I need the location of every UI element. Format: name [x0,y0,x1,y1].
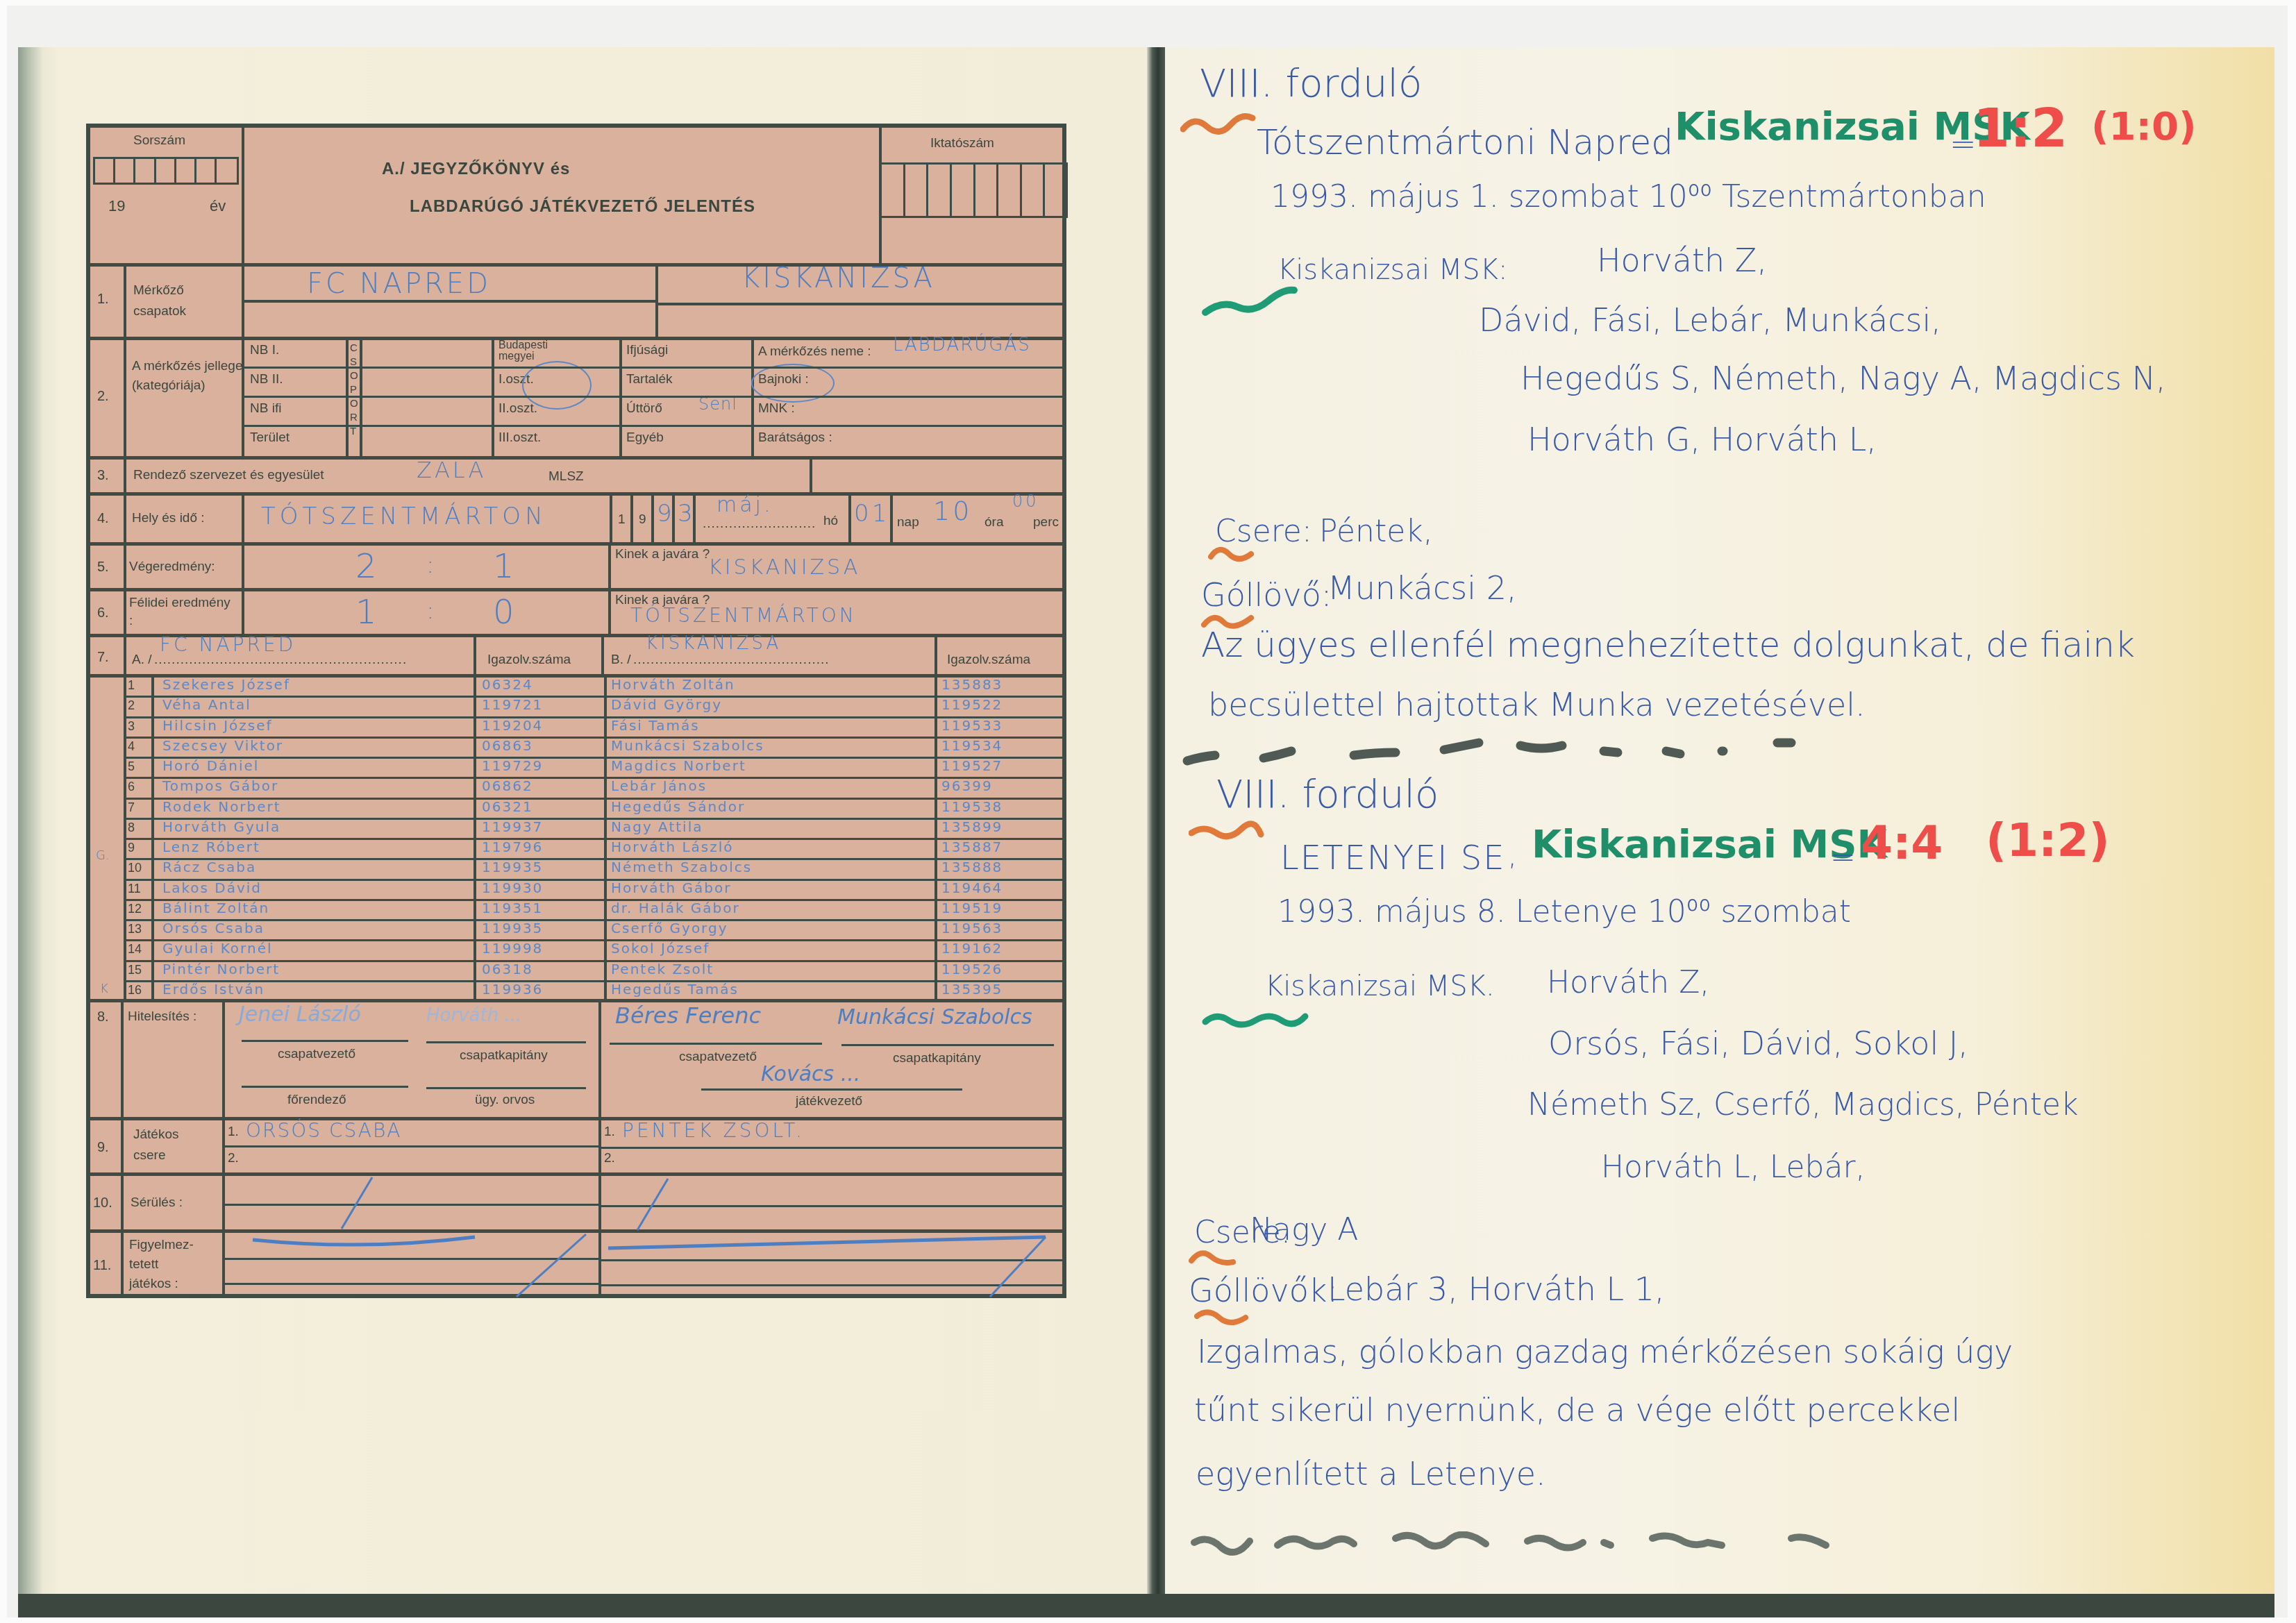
table-row: 6Tompos Gábor06862Lebár János96399 [124,779,1062,799]
year-digit: 3 [678,500,696,528]
match-kind-handwritten: LABDARÚGÁS [893,335,1031,355]
player-b-id: 119162 [941,940,1003,957]
row-number: 8 [128,821,135,835]
side-mark: G. [96,848,110,863]
player-b-name: Dávid György [611,696,722,713]
role-label: csapatvezető [679,1050,757,1065]
role-label: csapatvezető [278,1047,355,1062]
section-number: 5. [97,560,109,575]
role-label: játékvezető [796,1094,862,1109]
match-report-form: Sorszám 19 év A./ JEGYZŐKÖNYV és LABDARÚ… [86,124,1066,1298]
orange-underline [1208,541,1257,562]
player-b-id: 119534 [941,737,1003,754]
player-a-id: 119721 [482,696,543,713]
book-spine [1147,47,1165,1602]
signature: Béres Ferenc [615,1002,761,1029]
player-b-name: Horváth László [611,839,734,855]
table-row: 14Gyulai Kornél119998Sokol József119162 [124,941,1062,961]
player-a-id: 119936 [482,981,543,998]
player-a-id: 119937 [482,818,543,835]
section-injury: 10. Sérülés : [90,1176,1062,1233]
row-number: 15 [128,963,142,977]
signature: Jenei László [239,1002,361,1027]
match-kind-label: A mérkőzés neme : [758,344,871,360]
subs-value: Péntek, [1319,514,1433,549]
role-label: főrendező [287,1093,346,1108]
player-a-id: 119935 [482,920,543,936]
player-a-name: Szekeres József [162,676,290,693]
round-heading: VIII. forduló [1200,61,1422,106]
minute-handwritten: 00 [1012,491,1039,511]
row-label: 1. [604,1125,615,1140]
year-prefix: 19 [108,197,125,215]
player-a-id: 119729 [482,757,543,774]
registry-cell: Iktatószám [879,128,1068,263]
year-digit: 1 [618,512,626,528]
player-a-name: Pintér Norbert [162,961,280,977]
player-b-name: Nagy Attila [611,818,703,835]
lineup-line: Horváth Z, [1597,242,1767,279]
section-organizer: 3. Rendező szervezet és egyesület ZALA M… [90,460,1062,496]
section-number: 6. [97,605,109,621]
place-handwritten: TÓTSZENTMÁRTON [261,503,547,530]
mnk-label: MNK : [758,401,795,417]
teams-label: Mérkőző csapatok [133,280,203,322]
serial-number-cell: Sorszám 19 év [90,128,244,263]
month-handwritten: máj. [717,493,773,517]
id-label-a: Igazolv.száma [487,653,571,668]
player-a-name: Véha Antal [162,696,251,713]
table-row: 5Horó Dániel119729Magdics Norbert119527 [124,759,1062,779]
section-number: 11. [93,1258,111,1274]
final-score-b: 1 [493,547,517,586]
green-underline [1201,1008,1312,1036]
player-b-id: 96399 [941,777,993,794]
orange-underline [1194,1305,1250,1329]
type-uttoro: Úttörő [626,401,662,417]
player-b-name: Horváth Zoltán [611,676,735,693]
form-title-line2: LABDARÚGÓ JÁTÉKVEZETŐ JELENTÉS [410,197,755,217]
table-row: 1Szekeres József06324Horváth Zoltán13588… [124,678,1062,698]
home-team: Tótszentmártoni Napred [1257,122,1673,162]
player-b-name: Fási Tamás [611,717,700,734]
year-digit: 9 [657,500,675,528]
year-digit: 9 [639,512,646,528]
strike-line [225,1233,600,1298]
halftime-label: Félidei eredmény : [129,594,233,630]
form-title-line1: A./ JEGYZŐKÖNYV és [382,160,570,179]
table-row: 2Véha Antal119721Dávid György119522 [124,698,1062,718]
comment-line: Az ügyes ellenfél megnehezítette dolgunk… [1201,625,2135,665]
team-b-label: B. / [611,653,631,668]
section-number: 3. [97,468,109,484]
match-date-line: 1993. május 1. szombat 10⁰⁰ Tszentmárton… [1271,179,1986,215]
registry-boxes [882,162,1068,218]
separator-dashes [1173,736,2256,771]
month-label: hó [823,514,838,529]
lineup-line: Orsós, Fási, Dávid, Sokol J, [1548,1025,1968,1062]
type-egyeb: Egyéb [626,430,664,446]
player-a-name: Erdős István [162,981,265,998]
row-number: 7 [128,800,135,815]
comment-line: Izgalmas, gólokban gazdag mérkőzésen sok… [1197,1333,2013,1370]
halftime-score-b: 0 [493,593,517,632]
player-b-name: Németh Szabolcs [611,859,752,875]
role-label: csapatkapitány [893,1051,981,1066]
division-3: III.oszt. [498,430,541,446]
lineup-label: Kiskanizsai MSK: [1277,254,1507,286]
lineup-line: Hegedűs S, Németh, Nagy A, Magdics N, [1520,360,2166,397]
team-b-list-handwritten: KISKANIZSA [646,633,781,654]
section-number: 1. [97,292,109,308]
category-label: A mérkőzés jellege (kategóriája) [132,357,243,396]
orange-underline [1189,1244,1237,1268]
referee-signature: Kovács ... [761,1062,860,1086]
section-warned-players: 11. Figyelmez-tetett játékos : [90,1233,1062,1298]
row-number: 14 [128,942,142,957]
player-a-id: 06862 [482,777,533,794]
table-row: 4Szecsey Viktor06863Munkácsi Szabolcs119… [124,739,1062,759]
player-b-name: Pentek Zsolt [611,961,714,977]
table-row: 9Lenz Róbert119796Horváth László135887 [124,840,1062,860]
section-category: 2. A mérkőzés jellege (kategóriája) NB I… [90,340,1062,460]
final-score: 1:2 [1973,97,2068,159]
id-label-b: Igazolv.száma [947,653,1030,668]
section-final-score: 5. Végeredmény: 2 : 1 Kinek a javára ? K… [90,546,1062,591]
section-number: 10. [93,1195,112,1211]
section-number: 9. [97,1140,109,1156]
year-suffix: év [210,197,226,215]
sub-b-1: PENTEK ZSOLT. [622,1119,805,1142]
lineup-line: Horváth L, Lebár, [1601,1150,1866,1185]
row-number: 16 [128,983,142,998]
day-label: nap [897,515,919,530]
row-number: 1 [128,678,135,693]
strike-line [601,1233,1066,1298]
row-number: 11 [128,882,141,896]
player-a-id: 06321 [482,798,533,815]
player-a-id: 119935 [482,859,543,875]
separator-waves [1180,1531,2263,1566]
halftime-score-a: 1 [355,593,380,632]
section-number: 4. [97,511,109,527]
section-number: 7. [97,650,109,666]
player-a-name: Bálint Zoltán [162,900,269,916]
final-favor-handwritten: KISKANIZSA [708,555,860,580]
role-label: ügy. orvos [475,1093,535,1108]
section-halftime-score: 6. Félidei eredmény : 1 : 0 Kinek a javá… [90,591,1062,637]
player-a-id: 06324 [482,676,533,693]
comment-line: becsülettel hajtottak Munka vezetésével. [1208,686,1866,723]
player-a-name: Gyulai Kornél [162,940,273,957]
player-a-name: Orsós Csaba [162,920,265,936]
player-a-name: Tompos Gábor [162,777,278,794]
book-edge [18,1594,2274,1617]
authentication-label: Hitelesítés : [128,1009,196,1025]
scorers-value: Munkácsi 2, [1327,569,1517,607]
scorers-label: Góllövők: [1189,1272,1338,1309]
player-b-id: 135887 [941,839,1003,855]
row-number: 2 [128,698,135,713]
player-b-name: dr. Halák Gábor [611,900,740,916]
player-a-id: 119998 [482,940,543,957]
sub-a-1: ORSÓS CSABA [246,1119,401,1142]
hour-label: óra [984,515,1003,530]
signature: Munkácsi Szabolcs [837,1005,1032,1029]
player-b-name: Munkácsi Szabolcs [611,737,764,754]
organizer-label: Rendező szervezet és egyesület [133,468,324,483]
player-a-id: 119930 [482,880,543,896]
role-label: csapatkapitány [460,1048,548,1063]
player-b-id: 119563 [941,920,1003,936]
comment-line: tűnt sikerül nyernünk, de a vége előtt p… [1194,1391,1960,1429]
row-label: 1. [228,1125,239,1140]
player-b-id: 135899 [941,818,1003,835]
player-a-name: Horó Dániel [162,757,259,774]
player-b-name: Lebár János [611,777,707,794]
level-nbifi: NB ifi [250,401,281,417]
side-mark: K [100,982,108,996]
registry-label: Iktatószám [930,136,994,151]
player-b-id: 135883 [941,676,1003,693]
section-number: 8. [97,1009,109,1025]
player-b-id: 119519 [941,900,1003,916]
player-a-name: Hilcsin József [162,717,273,734]
player-a-name: Lakos Dávid [162,880,262,896]
table-row: 3Hilcsin József119204Fási Tamás119533 [124,718,1062,739]
organizer-printed: MLSZ [548,469,584,485]
final-score: 4:4 [1861,816,1943,870]
table-row: 7Rodek Norbert06321Hegedűs Sándor119538 [124,800,1062,820]
lineup-line: Horváth G, Horváth L, [1527,421,1877,458]
green-underline [1201,285,1298,319]
player-table: G. K 1Szekeres József06324Horváth Zoltán… [90,678,1062,1002]
player-a-name: Rodek Norbert [162,798,281,815]
strike-line [336,1176,378,1231]
lineup-line: Dávid, Fási, Lebár, Munkácsi, [1479,301,1941,339]
home-team: LETENYEI SE [1280,839,1505,877]
row-number: 9 [128,841,135,855]
row-number: 13 [128,922,142,936]
final-score-label: Végeredmény: [129,560,215,575]
level-terulet: Terület [250,430,290,446]
minute-label: perc [1033,515,1059,530]
section-place-time: 4. Hely és idő : TÓTSZENTMÁRTON 1 9 9 3 … [90,496,1062,546]
player-b-id: 135888 [941,859,1003,875]
serial-label: Sorszám [133,133,185,149]
player-a-id: 119796 [482,839,543,855]
type-tartalek: Tartalék [626,372,673,387]
section-substitution: 9. Játékos csere 1. ORSÓS CSABA 2. 1. PE… [90,1120,1062,1176]
row-number: 6 [128,780,135,794]
player-b-name: Magdics Norbert [611,757,746,774]
player-b-id: 119526 [941,961,1003,977]
player-b-id: 135395 [941,981,1003,998]
substitution-label: Játékos csere [133,1125,189,1166]
player-a-name: Rácz Csaba [162,859,256,875]
player-b-name: Horváth Gábor [611,880,731,896]
level-nb2: NB II. [250,372,283,387]
warned-label: Figyelmez-tetett játékos : [129,1236,199,1294]
section-teams: 1. Mérkőző csapatok FC NAPRED KISKANIZSA [90,267,1062,340]
round-heading: VIII. forduló [1216,772,1439,817]
section-number: 2. [97,389,109,405]
serial-boxes [93,157,239,185]
player-a-name: Lenz Róbert [162,839,260,855]
player-a-id: 06863 [482,737,533,754]
player-b-name: Hegedűs Sándor [611,798,745,815]
row-number: 5 [128,759,135,774]
injury-label: Sérülés : [131,1195,183,1211]
match-date-line: 1993. május 8. Letenye 10⁰⁰ szombat [1277,894,1851,930]
halftime-score: (1:2) [1986,814,2110,867]
group-vertical-label: CSOPORT [350,342,358,439]
row-number: 12 [128,902,142,916]
orange-underline [1189,819,1265,847]
player-b-id: 119522 [941,696,1003,713]
orange-underline [1180,111,1257,139]
player-b-id: 119464 [941,880,1003,896]
hour-handwritten: 10 [933,496,972,526]
row-number: 4 [128,739,135,754]
halftime-favor-handwritten: TÓTSZENTMÁRTON [630,604,857,627]
section-authentication: 8. Hitelesítés : Jenei László Horváth ..… [90,1002,1062,1120]
table-row: 15Pintér Norbert06318Pentek Zsolt119526 [124,962,1062,982]
player-b-id: 119533 [941,717,1003,734]
table-row: 11Lakos Dávid119930Horváth Gábor119464 [124,881,1062,901]
friendly-label: Barátságos : [758,430,832,446]
strike-line [632,1177,673,1233]
player-b-id: 119538 [941,798,1003,815]
player-a-id: 06318 [482,961,533,977]
player-b-id: 119527 [941,757,1003,774]
section-players-header: 7. A. / ................................… [90,637,1062,678]
lineup-line: Horváth Z, [1547,965,1709,1000]
table-row: 12Bálint Zoltán119351dr. Halák Gábor1195… [124,901,1062,921]
table-row: 16Erdős István119936Hegedűs Tamás135395 [124,982,1062,1002]
player-a-id: 119204 [482,717,543,734]
comment-line: egyenlített a Letenye. [1196,1455,1546,1492]
team-a-label: A. / [132,653,152,668]
form-header: Sorszám 19 év A./ JEGYZŐKÖNYV és LABDARÚ… [90,128,1062,267]
lineup-line: Németh Sz, Cserfő, Magdics, Péntek [1527,1087,2079,1122]
team-b-handwritten: KISKANIZSA [741,262,935,294]
table-row: 13Orsós Csaba119935Cserfő Gyorgy119563 [124,921,1062,941]
lineup-label: Kiskanizsai MSK. [1265,970,1495,1002]
player-a-name: Szecsey Viktor [162,737,283,754]
table-row: 10Rácz Csaba119935Németh Szabolcs135888 [124,860,1062,880]
row-number: 10 [128,861,142,875]
table-row: 8Horváth Gyula119937Nagy Attila135899 [124,820,1062,840]
division-megyei: Budapesti megyei [498,340,554,362]
scorers-value: Lebár 3, Horváth L 1, [1327,1270,1665,1308]
player-a-id: 119351 [482,900,543,916]
player-b-name: Hegedűs Tamás [611,981,739,998]
subs-value: Nagy A [1250,1212,1358,1247]
team-a-handwritten: FC NAPRED [307,268,491,300]
final-score-a: 2 [355,547,380,586]
row-label: 2. [228,1151,239,1166]
team-a-list-handwritten: FC NAPRED [160,633,296,656]
row-label: 2. [604,1151,615,1166]
player-a-name: Horváth Gyula [162,818,280,835]
division-2: II.oszt. [498,401,537,417]
place-time-label: Hely és idő : [132,511,205,526]
level-nb1: NB I. [250,343,279,358]
player-b-name: Cserfő Gyorgy [611,920,728,936]
row-number: 3 [128,719,135,734]
organizer-handwritten: ZALA [417,457,486,483]
signature: Horváth ... [426,1005,521,1026]
day-handwritten: 01 [854,500,889,528]
player-b-name: Sokol József [611,940,710,957]
halftime-score: (1:0) [2091,104,2197,149]
favor-label: Kinek a javára ? [615,547,710,562]
type-ifjusagi: Ifjúsági [626,343,668,358]
